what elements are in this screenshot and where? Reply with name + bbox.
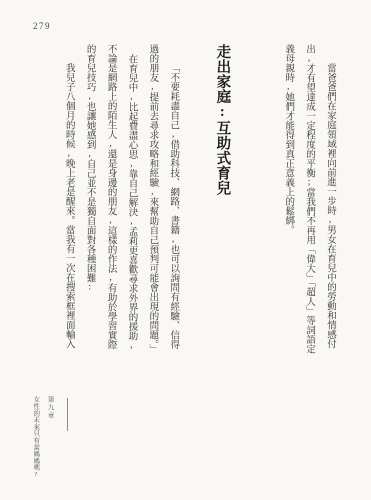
paragraph-balance: 當爸爸們在家庭領域裡向前進一步時,男女在育兒中的勞動和情感付出,才有望達成一定程… <box>277 44 340 357</box>
page-text-block: 當爸爸們在家庭領域裡向前進一步時,男女在育兒中的勞動和情感付出,才有望達成一定程… <box>58 44 340 357</box>
paragraph-seeking-help: 在育兒中,比起費盡心思,靠自己解決,孟莉更喜歡尋求外界的援助,不論是網路上的陌生… <box>79 44 142 357</box>
paragraph-advice-quote: 「不要耗盡自己,借助科技、網路、書籍,也可以詢問有經驗、信得過的朋友,提前去尋求… <box>141 44 183 357</box>
chapter-title-label: 女性的未來只有當媽媽嗎? <box>28 396 42 478</box>
page-number: 279 <box>33 21 51 31</box>
book-page: 279 當爸爸們在家庭領域裡向前進一步時,男女在育兒中的勞動和情感付出,才有望達… <box>0 0 371 500</box>
chapter-marker: 第九章 女性的未來只有當媽媽嗎? <box>28 396 57 478</box>
section-heading: 走出家庭:互助式育兒 <box>209 44 235 357</box>
chapter-number-label: 第九章 <box>42 396 56 478</box>
chapter-marker-rule <box>67 398 68 431</box>
paragraph-blockquote-start: 我兒子八個月的時候,晚上老是醒來。當我有一次在搜索框裡面輸入 <box>58 44 79 357</box>
